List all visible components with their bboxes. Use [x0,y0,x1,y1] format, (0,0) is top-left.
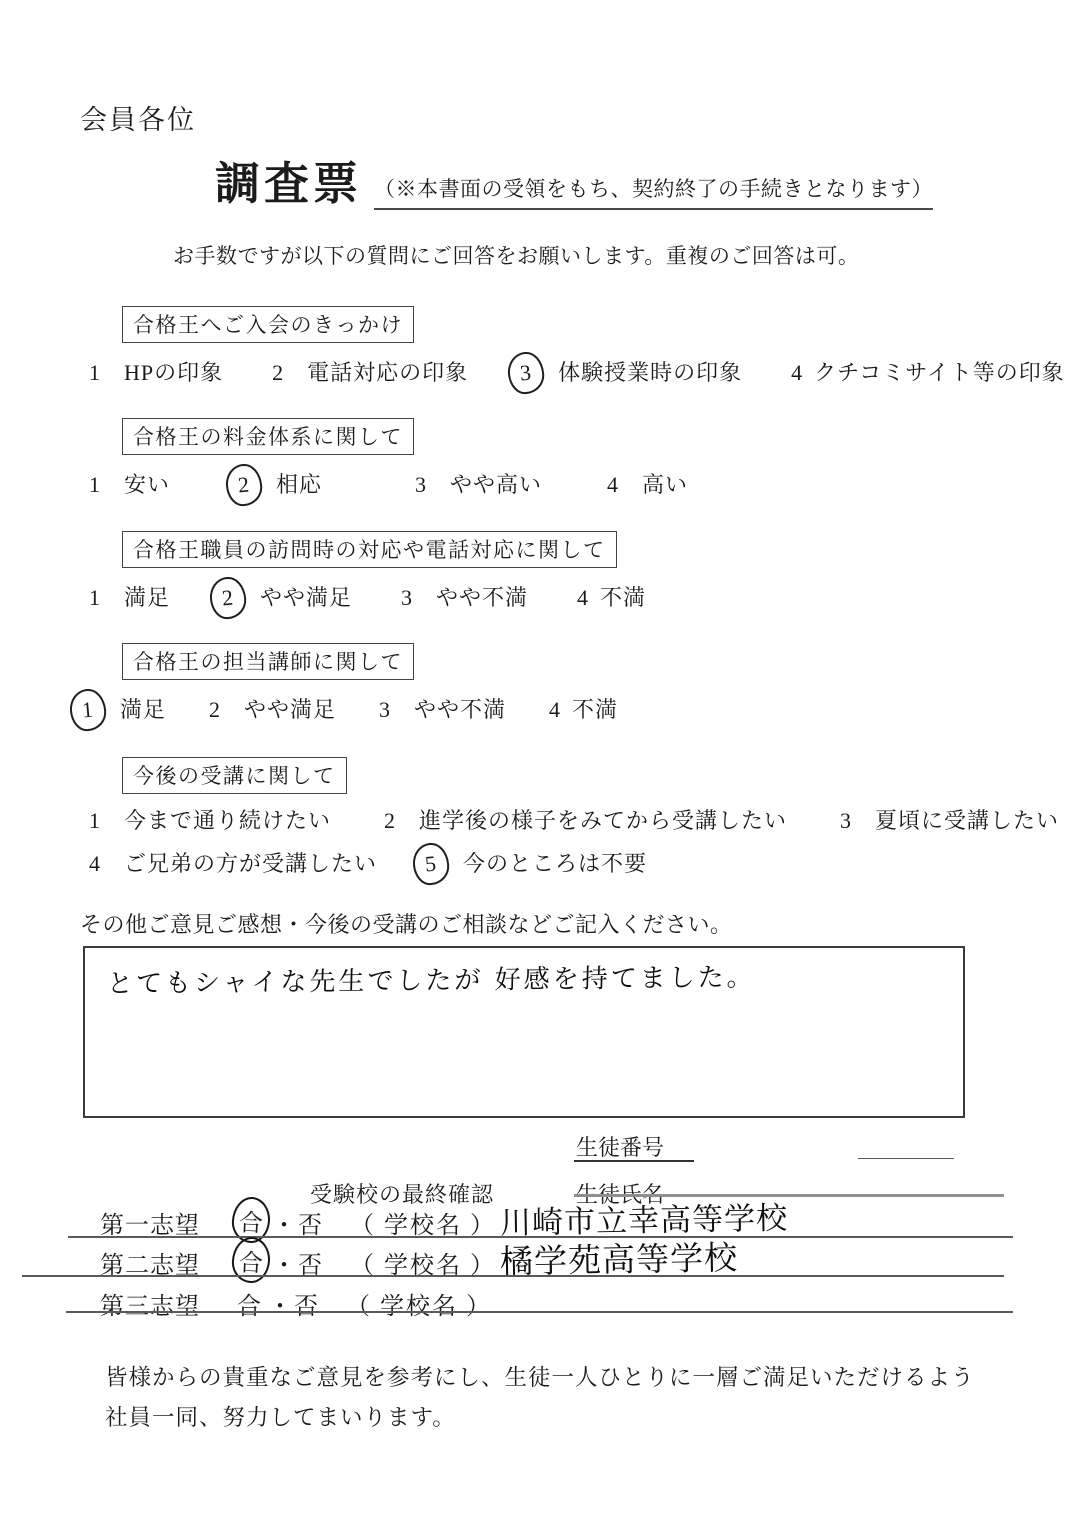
title-note: （※本書面の受領をもち、契約終了の手続きとなります） [374,173,933,210]
form-title: 調査票 [215,160,362,210]
question-heading: 合格王職員の訪問時の対応や電話対応に関して [122,531,617,568]
options-row: 4 ご兄弟の方が受講したい 5 今のところは不要 [80,843,1059,885]
question-heading: 合格王の料金体系に関して [122,418,414,455]
pass-label: 合 [232,1282,266,1324]
option: 4 ご兄弟の方が受講したい [80,846,377,882]
option: 1 HPの印象 [80,355,223,391]
options-row: 1 今まで通り続けたい 2 進学後の様子をみてから受講したい 3 夏頃に受講した… [80,803,1059,839]
option-label: 満足 [124,581,170,615]
option-number: 3 [831,803,861,839]
blank-line [858,1158,954,1159]
option-number: 3 [370,692,400,728]
option: 2 電話対応の印象 [263,355,468,391]
option: 5 今のところは不要 [413,843,647,885]
choice-underline [22,1275,1004,1277]
option: 3 体験授業時の印象 [508,352,742,394]
options-row: 1 満足 2 やや満足 3 やや不満 4 不満 [80,577,646,619]
option-number: 2 [263,355,293,391]
option-label: 満足 [120,693,166,727]
question-heading: 合格王の担当講師に関して [122,643,414,680]
option-label: 今のところは不要 [463,847,647,881]
option: 2 進学後の様子をみてから受講したい [375,803,787,839]
option-label: 相応 [276,468,322,502]
intro-text: お手数ですが以下の質問にご回答をお願いします。重複のご回答は可。 [173,240,859,270]
option-number: 3 [392,580,422,616]
option: 2 相応 [226,464,322,506]
separator-dot: ・ [272,1205,296,1240]
option-label: 不満 [572,693,618,727]
option-number: 2 [200,692,230,728]
question-heading: 合格王へご入会のきっかけ [122,306,414,343]
option-number-answer-circle: 1 [68,688,108,733]
option-label: 夏頃に受講したい [875,804,1059,838]
options-row: 1 満足 2 やや満足 3 やや不満 4 不満 [70,689,618,731]
option-label: 電話対応の印象 [307,356,468,390]
closing-line-2: 社員一同、努力してまいります。 [105,1398,975,1438]
closing-line-1: 皆様からの貴重なご意見を参考にし、生徒一人ひとりに一層ご満足いただけるよう [105,1358,975,1398]
option-label: 安い [124,468,170,502]
option-label: やや満足 [244,693,336,727]
school-name-label: （ 学校名 ） [346,1286,492,1321]
pass-fail-group: 合 ・ 否 [232,1282,318,1324]
school-name-label: （ 学校名 ） [350,1205,496,1240]
question-heading: 今後の受講に関して [122,757,347,794]
choice-rank: 第一志望 [100,1205,200,1240]
option: 1 満足 [80,580,170,616]
option-label: やや高い [450,468,542,502]
options-row: 1 安い 2 相応 3 やや高い 4 高い [80,464,688,506]
option: 1 安い [80,467,170,503]
option-number-answer-circle: 2 [208,576,248,621]
option: 3 夏頃に受講したい [831,803,1059,839]
student-number-line [574,1160,694,1162]
choice-underline [66,1311,1013,1313]
student-number-label: 生徒番号 [576,1131,664,1162]
option-number: 4 [540,692,570,728]
option-label: ご兄弟の方が受講したい [124,847,377,881]
option-number: 2 [375,803,405,839]
option: 3 やや高い [406,467,542,503]
option: 2 やや満足 [210,577,352,619]
question-section-3: 合格王職員の訪問時の対応や電話対応に関して 1 満足 2 やや満足 3 やや不満… [80,531,646,619]
option-number: 4 [782,355,812,391]
option-number: 1 [80,467,110,503]
option-label: やや不満 [436,581,528,615]
question-section-4: 合格王の担当講師に関して 1 満足 2 やや満足 3 やや不満 4 不満 [80,643,618,731]
option-label: やや不満 [414,693,506,727]
option: 4 クチコミサイト等の印象 [782,355,1065,391]
question-section-1: 合格王へご入会のきっかけ 1 HPの印象 2 電話対応の印象 3 体験授業時の印… [80,306,1065,394]
option-number: 3 [406,467,436,503]
option-label: 今まで通り続けたい [124,804,331,838]
option: 4 高い [598,467,688,503]
option-number: 1 [80,803,110,839]
fail-label: 否 [294,1286,318,1321]
option: 4 不満 [568,580,646,616]
option-label: 不満 [600,581,646,615]
option-number: 4 [598,467,628,503]
recipient-line: 会員各位 [80,98,196,137]
option-label: クチコミサイト等の印象 [814,356,1065,390]
option-number: 1 [80,355,110,391]
option-label: 進学後の様子をみてから受講したい [419,804,787,838]
question-section-5: 今後の受講に関して 1 今まで通り続けたい 2 進学後の様子をみてから受講したい… [80,757,1059,885]
comment-box: とてもシャイな先生でしたが 好感を持てました。 [83,946,965,1118]
option-number: 4 [568,580,598,616]
option-label: 高い [642,468,688,502]
option: 1 満足 [70,689,166,731]
option: 2 やや満足 [200,692,336,728]
option: 1 今まで通り続けたい [80,803,331,839]
options-row: 1 HPの印象 2 電話対応の印象 3 体験授業時の印象 4 クチコミサイト等の… [80,352,1065,394]
option-label: HPの印象 [124,356,223,390]
option-number-answer-circle: 3 [506,351,546,396]
option: 3 やや不満 [370,692,506,728]
choice-rank: 第三志望 [100,1286,200,1321]
choice-row-3: 第三志望 合 ・ 否 （ 学校名 ） [100,1283,496,1323]
question-section-2: 合格王の料金体系に関して 1 安い 2 相応 3 やや高い 4 高い [80,418,688,506]
comment-handwriting: とてもシャイな先生でしたが 好感を持てました。 [107,957,757,1001]
option-label: やや満足 [260,581,352,615]
survey-form-page: 会員各位 調査票 （※本書面の受領をもち、契約終了の手続きとなります） お手数で… [0,0,1075,1518]
fail-label: 否 [298,1205,322,1240]
comment-prompt: その他ご意見ご感想・今後の受講のご相談などご記入ください。 [80,908,733,939]
closing-text: 皆様からの貴重なご意見を参考にし、生徒一人ひとりに一層ご満足いただけるよう 社員… [105,1358,975,1438]
option-label: 体験授業時の印象 [558,356,742,390]
option-number-answer-circle: 2 [224,463,264,508]
title-row: 調査票 （※本書面の受領をもち、契約終了の手続きとなります） [215,160,933,210]
option-number: 1 [80,580,110,616]
option-number: 4 [80,846,110,882]
option-number-answer-circle: 5 [411,842,451,887]
option: 3 やや不満 [392,580,528,616]
option: 4 不満 [540,692,618,728]
separator-dot: ・ [268,1286,292,1321]
